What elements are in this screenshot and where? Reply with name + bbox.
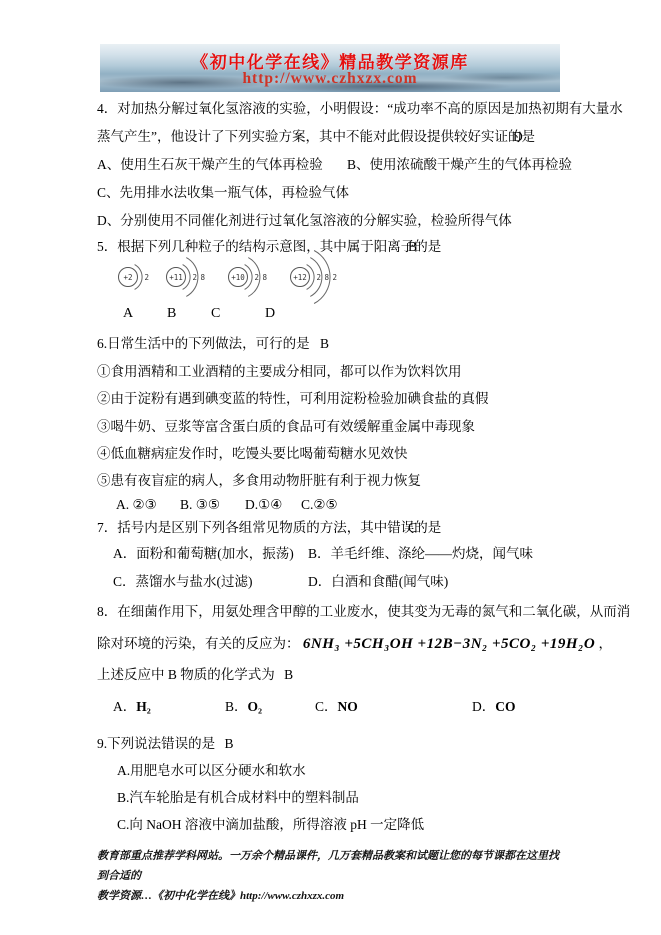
q4-stem-line2: 蒸气产生”，他设计了下列实验方案，其中不能对此假设提供较好实证的是 D	[97, 128, 535, 146]
svg-text:8: 8	[325, 273, 330, 282]
page-footer: 教育部重点推荐学科网站。一万余个精品课件，几万套精品教案和试题让您的每节课都在这…	[97, 846, 567, 906]
q8-option-b-formula: O₂	[248, 699, 263, 714]
q8-option-b-label: B．	[225, 699, 248, 714]
q7-option-c: C．蒸馏水与盐水(过滤)	[113, 573, 253, 591]
exam-document-page: 《初中化学在线》精品教学资源库 http://www.czhxzx.com 4．…	[0, 0, 661, 935]
q8-line3-text: 上述反应中 B 物质的化学式为	[97, 667, 275, 682]
banner-url: http://www.czhxzx.com	[100, 70, 560, 88]
q9-stem-text: 9.下列说法错误的是	[97, 736, 215, 751]
q7-option-d: D．白酒和食醋(闻气味)	[308, 573, 448, 591]
q8-line2-suffix: ，	[599, 636, 613, 651]
q6-stem-line: 6.日常生活中的下列做法，可行的是 B	[97, 335, 310, 353]
q4-answer: D	[513, 128, 523, 146]
particle-diagram-C: +1028	[226, 250, 284, 308]
svg-text:+10: +10	[231, 273, 245, 282]
q7-option-b: B．羊毛纤维、涤纶——灼烧，闻气味	[308, 545, 533, 563]
q8-option-c: C．NO	[315, 698, 358, 716]
site-banner-image: 《初中化学在线》精品教学资源库 http://www.czhxzx.com	[100, 44, 560, 92]
svg-text:2: 2	[255, 273, 260, 282]
q4-option-a: A、使用生石灰干燥产生的气体再检验	[97, 157, 323, 172]
q9-option-a: A.用肥皂水可以区分硬水和软水	[117, 762, 306, 780]
particle-diagram-A: +22	[116, 250, 165, 308]
q6-item-1: ①食用酒精和工业酒精的主要成分相同，都可以作为饮料饮用	[97, 363, 462, 381]
svg-text:+12: +12	[293, 273, 307, 282]
svg-text:2: 2	[317, 273, 322, 282]
q4-option-c: C、先用排水法收集一瓶气体，再检验气体	[97, 184, 349, 202]
svg-text:2: 2	[193, 273, 198, 282]
particle-diagram-B: +1128	[164, 250, 222, 308]
q8-line2-prefix: 除对环境的污染，有关的反应为：	[97, 636, 300, 651]
q8-stem-line1: 8．在细菌作用下，用氨处理含甲醇的工业废水，使其变为无毒的氮气和二氧化碳，从而消	[97, 603, 630, 621]
q6-stem-text: 6.日常生活中的下列做法，可行的是	[97, 336, 310, 351]
q8-option-d-label: D．	[472, 699, 495, 714]
q7-option-a: A．面粉和葡萄糖(加水，振荡)	[113, 545, 294, 563]
q7-stem-line: 7．括号内是区别下列各组常见物质的方法，其中错误的是 C	[97, 519, 441, 537]
particle-label-c: C	[211, 306, 220, 322]
svg-text:+11: +11	[169, 273, 183, 282]
q8-option-a-label: A．	[113, 699, 136, 714]
q6-item-5: ⑤患有夜盲症的病人，多食用动物肝脏有利于视力恢复	[97, 472, 421, 490]
q6-answer: B	[320, 335, 329, 353]
q5-answer: B	[408, 238, 417, 256]
q7-answer: C	[408, 519, 417, 537]
svg-text:+2: +2	[123, 273, 132, 282]
particle-label-row: A B C D	[97, 306, 397, 324]
svg-text:2: 2	[145, 273, 150, 282]
particle-label-b: B	[167, 306, 176, 322]
q8-option-d-formula: CO	[495, 699, 515, 714]
q6-item-2: ②由于淀粉有遇到碘变蓝的特性，可利用淀粉检验加碘食盐的真假	[97, 390, 489, 408]
footer-line-2: 教学资源…《初中化学在线》http://www.czhxzx.com	[97, 886, 567, 906]
q8-stem-line2: 除对环境的污染，有关的反应为： 6NH₃ +5CH₃OH +12B−3N₂ +5…	[97, 635, 612, 653]
particle-label-d: D	[265, 306, 275, 322]
svg-text:2: 2	[333, 273, 338, 282]
q4-stem-line2-text: 蒸气产生”，他设计了下列实验方案，其中不能对此假设提供较好实证的是	[97, 129, 535, 144]
q9-answer: B	[225, 736, 234, 751]
q6-option-b: B. ③⑤	[180, 496, 220, 514]
q8-option-a-formula: H₂	[136, 699, 151, 714]
particle-diagrams: +22+1128+1028+12282	[116, 250, 376, 304]
particle-label-a: A	[123, 306, 133, 322]
q9-option-b: B.汽车轮胎是有机合成材料中的塑料制品	[117, 789, 359, 807]
q7-stem-text: 7．括号内是区别下列各组常见物质的方法，其中错误的是	[97, 520, 441, 535]
q8-option-c-label: C．	[315, 699, 338, 714]
q4-options-row-ab: A、使用生石灰干燥产生的气体再检验 B、使用浓硫酸干燥产生的气体再检验	[97, 156, 323, 174]
q4-option-d: D、分别使用不同催化剂进行过氧化氢溶液的分解实验，检验所得气体	[97, 212, 512, 230]
q6-item-4: ④低血糖病症发作时，吃馒头要比喝葡萄糖水见效快	[97, 445, 408, 463]
q9-stem-line: 9.下列说法错误的是 B	[97, 735, 234, 753]
svg-text:8: 8	[263, 273, 268, 282]
q8-option-a: A．H₂	[113, 698, 151, 716]
q6-option-c: C.②⑤	[301, 496, 338, 514]
q8-option-d: D．CO	[472, 698, 516, 716]
q8-answer: B	[284, 667, 293, 682]
q4-option-b: B、使用浓硫酸干燥产生的气体再检验	[347, 156, 572, 174]
q4-stem-line1: 4．对加热分解过氧化氢溶液的实验，小明假设：“成功率不高的原因是加热初期有大量水	[97, 100, 623, 118]
q6-option-a: A. ②③	[116, 496, 157, 514]
footer-line-1: 教育部重点推荐学科网站。一万余个精品课件，几万套精品教案和试题让您的每节课都在这…	[97, 846, 567, 886]
q6-option-d: D.①④	[245, 496, 282, 514]
q8-option-c-formula: NO	[338, 699, 358, 714]
particle-diagram-D: +12282	[288, 250, 355, 308]
q6-item-3: ③喝牛奶、豆浆等富含蛋白质的食品可有效缓解重金属中毒现象	[97, 418, 475, 436]
svg-text:8: 8	[201, 273, 206, 282]
q8-stem-line3: 上述反应中 B 物质的化学式为 B	[97, 666, 293, 684]
q9-option-c: C.向 NaOH 溶液中滴加盐酸，所得溶液 pH 一定降低	[117, 816, 424, 834]
q8-chemical-equation: 6NH₃ +5CH₃OH +12B−3N₂ +5CO₂ +19H₂O	[303, 636, 595, 652]
q8-option-b: B．O₂	[225, 698, 262, 716]
